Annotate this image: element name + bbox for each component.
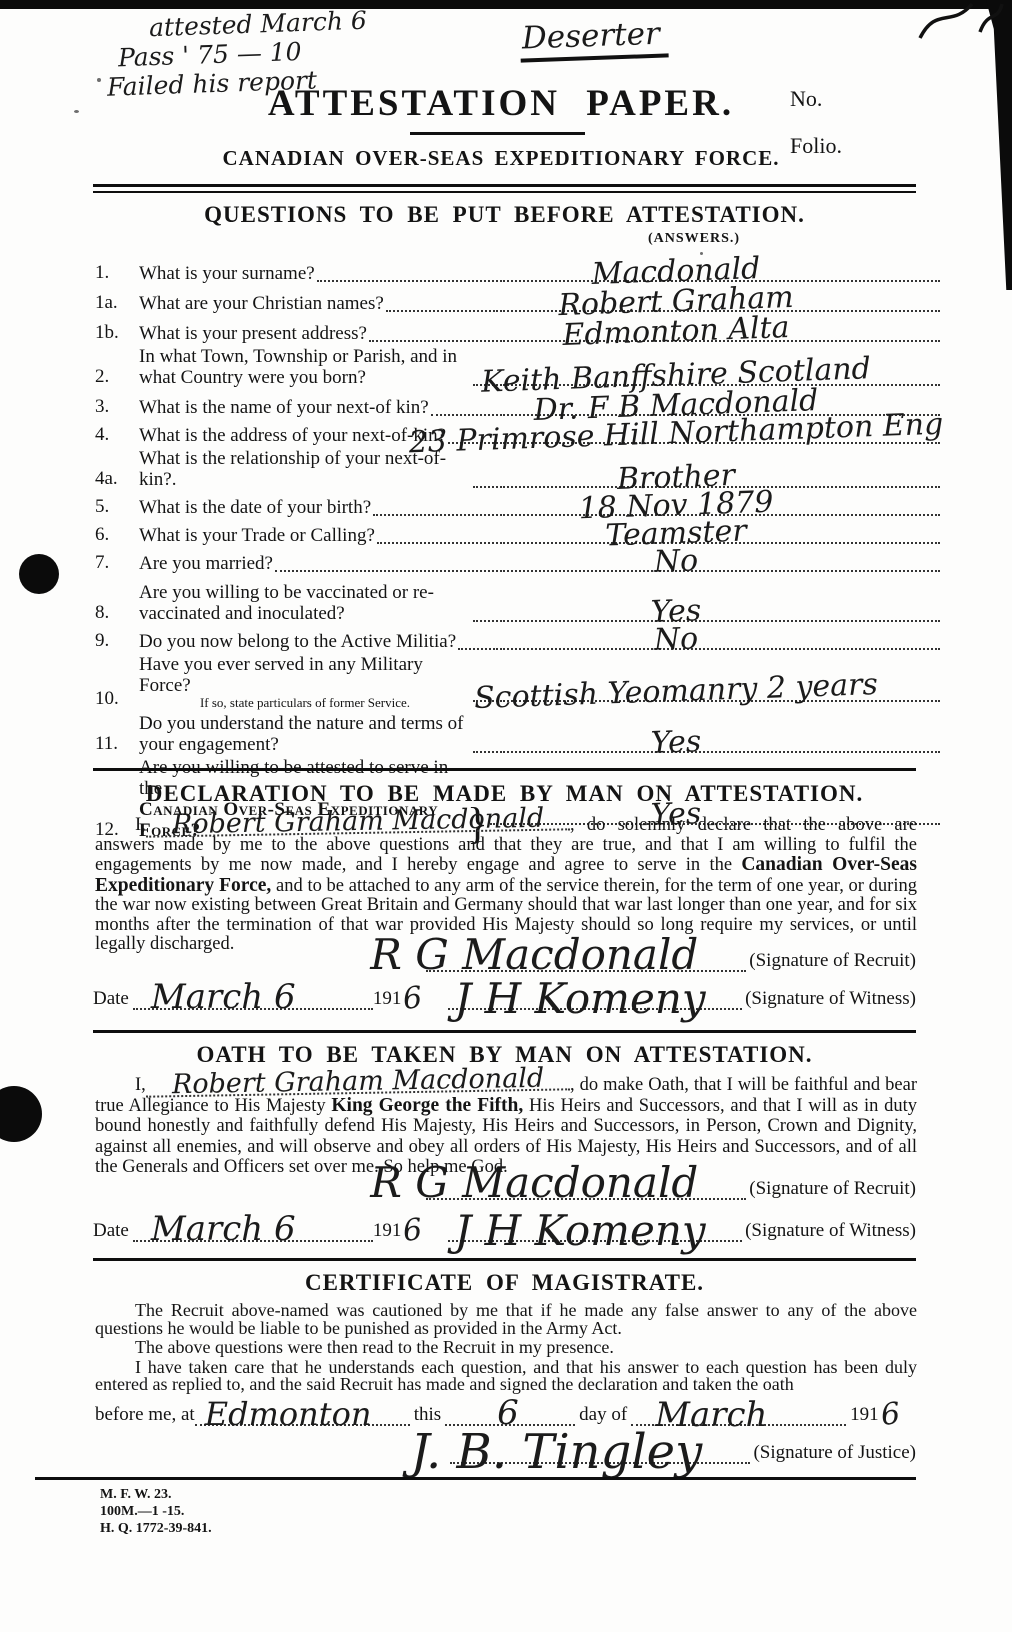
question-number: 1.: [95, 262, 139, 286]
question-number: 10.: [95, 688, 139, 712]
signature-line: J. B. Tingley: [450, 1462, 750, 1464]
declaration-date-row: Date March 6 1916 J H Komeny (Signature …: [93, 984, 916, 1010]
justice-signature: J. B. Tingley: [410, 1428, 702, 1476]
question-row: 4.What is the address of your next-of-ki…: [95, 420, 940, 448]
form-reference-line: H. Q. 1772-39-841.: [100, 1520, 212, 1537]
answer-line: Edmonton Alta: [500, 340, 940, 342]
before-me-row: before me, at Edmonton this 6 day of Mar…: [95, 1398, 916, 1426]
handwritten-name: Robert Graham Macdonald: [146, 808, 571, 837]
year-printed: 1916: [373, 980, 423, 1010]
question-text-main: Have you ever served in any Military For…: [139, 654, 423, 696]
question-row: 1.What is your surname?Macdonald: [95, 252, 940, 286]
questions-list: 1.What is your surname?Macdonald 1a.What…: [95, 252, 940, 843]
date-label: Date: [93, 1220, 133, 1242]
question-text: Do you now belong to the Active Militia?: [139, 631, 456, 654]
oath-recruit-signature-row: R G Macdonald (Signature of Recruit): [426, 1176, 916, 1200]
question-text: What is your Trade or Calling?: [139, 525, 375, 548]
before-me-label: before me, at: [95, 1404, 195, 1426]
handwritten-answer: Scottish Yeomanry 2 years: [474, 670, 879, 714]
dotted-leader: [458, 648, 498, 650]
deserter-note: Deserter: [519, 15, 668, 62]
question-number: 7.: [95, 552, 139, 576]
question-text: Are you willing to be vaccinated or re-v…: [139, 582, 471, 626]
question-number: 2.: [95, 366, 139, 390]
dotted-leader: [275, 570, 498, 572]
handwritten-year-digit: 6: [879, 1399, 901, 1431]
signature-line: R G Macdonald: [426, 1198, 746, 1200]
witness-signature: J H Komeny: [454, 978, 705, 1020]
section-divider: [93, 1258, 916, 1261]
witness-signature-line: J H Komeny: [448, 1240, 742, 1242]
dotted-leader: [431, 414, 498, 416]
question-number: 8.: [95, 602, 139, 626]
question-number: 4a.: [95, 468, 139, 492]
section-divider: [93, 768, 916, 771]
section-divider: [93, 1030, 916, 1033]
question-text: What is the name of your next-of kin?: [139, 397, 429, 420]
punch-hole: [19, 554, 59, 594]
form-reference-line: 100M.—1 -15.: [100, 1503, 212, 1520]
answer-line: 23 Primrose Hill Northampton Eng: [500, 442, 940, 444]
handwritten-year-digit: 6: [402, 1215, 424, 1247]
question-row: 8.Are you willing to be vaccinated or re…: [95, 576, 940, 626]
question-text: Have you ever served in any Military For…: [139, 654, 471, 712]
date-line: March 6: [133, 1008, 373, 1010]
declaration-lead: I,: [135, 815, 146, 835]
handwritten-year-digit: 6: [402, 983, 424, 1015]
date-label: Date: [93, 988, 133, 1010]
question-number: 3.: [95, 396, 139, 420]
question-number: 11.: [95, 733, 139, 757]
place-line: Edmonton: [195, 1424, 410, 1426]
question-text: What is the address of your next-of-kin?: [139, 425, 446, 448]
form-reference-block: M. F. W. 23. 100M.—1 -15. H. Q. 1772-39-…: [100, 1486, 212, 1537]
handwritten-name: Robert Graham Macdonald: [146, 1068, 571, 1097]
day-of-label: day of: [575, 1404, 631, 1426]
page-title: ATTESTATION PAPER.: [90, 82, 912, 125]
answer-line: Yes: [500, 751, 940, 753]
dotted-leader: [473, 620, 498, 622]
question-number: 1b.: [95, 322, 139, 346]
bottom-rule: [35, 1477, 916, 1480]
question-row: 11.Do you understand the nature and term…: [95, 712, 940, 757]
answer-line: No: [500, 648, 940, 650]
year-printed: 1916: [373, 1212, 423, 1242]
certificate-paragraph: The above questions were then read to th…: [95, 1339, 917, 1357]
handwritten-answer: No: [653, 624, 698, 656]
witness-signature-line: J H Komeny: [448, 1008, 742, 1010]
question-text: What are your Christian names?: [139, 293, 384, 316]
answer-line: No: [500, 570, 940, 572]
question-text: Are you married?: [139, 553, 273, 576]
dotted-leader: [317, 280, 498, 282]
questions-heading: QUESTIONS TO BE PUT BEFORE ATTESTATION.: [93, 202, 916, 228]
scan-corner-fold: [986, 0, 1012, 290]
question-row: 6.What is your Trade or Calling?Teamster: [95, 520, 940, 548]
oath-date-row: Date March 6 1916 J H Komeny (Signature …: [93, 1216, 916, 1242]
year-prefix: 191: [850, 1404, 879, 1425]
question-row: 9.Do you now belong to the Active Militi…: [95, 626, 940, 654]
handwritten-date: March 6: [151, 980, 296, 1014]
form-reference-line: M. F. W. 23.: [100, 1486, 212, 1503]
scan-speck: [74, 110, 79, 113]
witness-signature: J H Komeny: [454, 1210, 705, 1252]
dotted-leader: [369, 340, 498, 342]
handwritten-date: March 6: [151, 1212, 296, 1246]
certificate-paragraphs: The Recruit above-named was cautioned by…: [95, 1302, 917, 1396]
no-label: No.: [790, 86, 822, 112]
question-number: 5.: [95, 496, 139, 520]
signature-label: (Signature of Recruit): [746, 1178, 916, 1200]
year-printed: 1916: [846, 1396, 900, 1426]
signature-label: (Signature of Witness): [742, 1220, 916, 1242]
certificate-paragraph: The Recruit above-named was cautioned by…: [95, 1302, 917, 1337]
year-prefix: 191: [373, 988, 402, 1009]
question-number: 1a.: [95, 292, 139, 316]
justice-signature-row: J. B. Tingley (Signature of Justice): [450, 1436, 916, 1464]
dotted-leader: [473, 486, 498, 488]
question-text: Do you understand the nature and terms o…: [139, 713, 471, 757]
question-text: What is your present address?: [139, 323, 367, 346]
question-row: 5.What is the date of your birth?18 Nov …: [95, 492, 940, 520]
punch-hole: [0, 1086, 42, 1142]
certificate-paragraph: I have taken care that he understands ea…: [95, 1359, 917, 1394]
year-prefix: 191: [373, 1220, 402, 1241]
question-text: In what Town, Township or Parish, and in…: [139, 346, 471, 390]
dotted-leader: [373, 514, 498, 516]
handwritten-answer: Edmonton Alta: [562, 313, 790, 351]
answer-line: Teamster: [500, 542, 940, 544]
oath-lead: I,: [135, 1075, 146, 1095]
handwritten-answer: Yes: [650, 727, 701, 759]
signature-label: (Signature of Justice): [750, 1442, 916, 1464]
oath-bold-phrase: King George the Fifth,: [331, 1095, 523, 1116]
handwritten-answer: No: [653, 546, 698, 578]
question-note: If so, state particulars of former Servi…: [139, 696, 471, 710]
section-divider: [93, 184, 916, 193]
question-row: 10.Have you ever served in any Military …: [95, 654, 940, 712]
certificate-heading: CERTIFICATE OF MAGISTRATE.: [93, 1270, 916, 1296]
question-row: 7.Are you married?No: [95, 548, 940, 576]
this-label: this: [410, 1404, 445, 1426]
question-text: What is the date of your birth?: [139, 497, 371, 520]
question-number: 6.: [95, 524, 139, 548]
answer-line: Yes: [500, 620, 940, 622]
dotted-leader: [386, 310, 498, 312]
question-number: 9.: [95, 630, 139, 654]
question-row: 1a.What are your Christian names?Robert …: [95, 286, 940, 316]
force-subtitle: CANADIAN OVER-SEAS EXPEDITIONARY FORCE.: [90, 146, 912, 171]
handwritten-place: Edmonton: [205, 1398, 372, 1430]
declaration-recruit-signature-row: R G Macdonald (Signature of Recruit): [426, 948, 916, 972]
signature-line: R G Macdonald: [426, 970, 746, 972]
signature-label: (Signature of Witness): [742, 988, 916, 1010]
dotted-leader: [473, 751, 498, 753]
recruit-signature: R G Macdonald: [370, 934, 698, 976]
signature-label: (Signature of Recruit): [746, 950, 916, 972]
scan-edge-top: [0, 0, 1012, 9]
date-line: March 6: [133, 1240, 373, 1242]
recruit-signature: R G Macdonald: [370, 1162, 698, 1204]
question-row: 1b.What is your present address?Edmonton…: [95, 316, 940, 346]
pen-scribble: [914, 0, 1006, 42]
answers-label: (ANSWERS.): [648, 231, 740, 247]
answer-line: Scottish Yeomanry 2 years: [500, 700, 940, 702]
dotted-leader: [377, 542, 498, 544]
attestation-paper-scan: attested March 6 Pass ' 75 — 10 Failed h…: [0, 0, 1012, 1632]
question-number: 4.: [95, 424, 139, 448]
title-rule: [410, 132, 585, 135]
question-text: What is your surname?: [139, 263, 315, 286]
